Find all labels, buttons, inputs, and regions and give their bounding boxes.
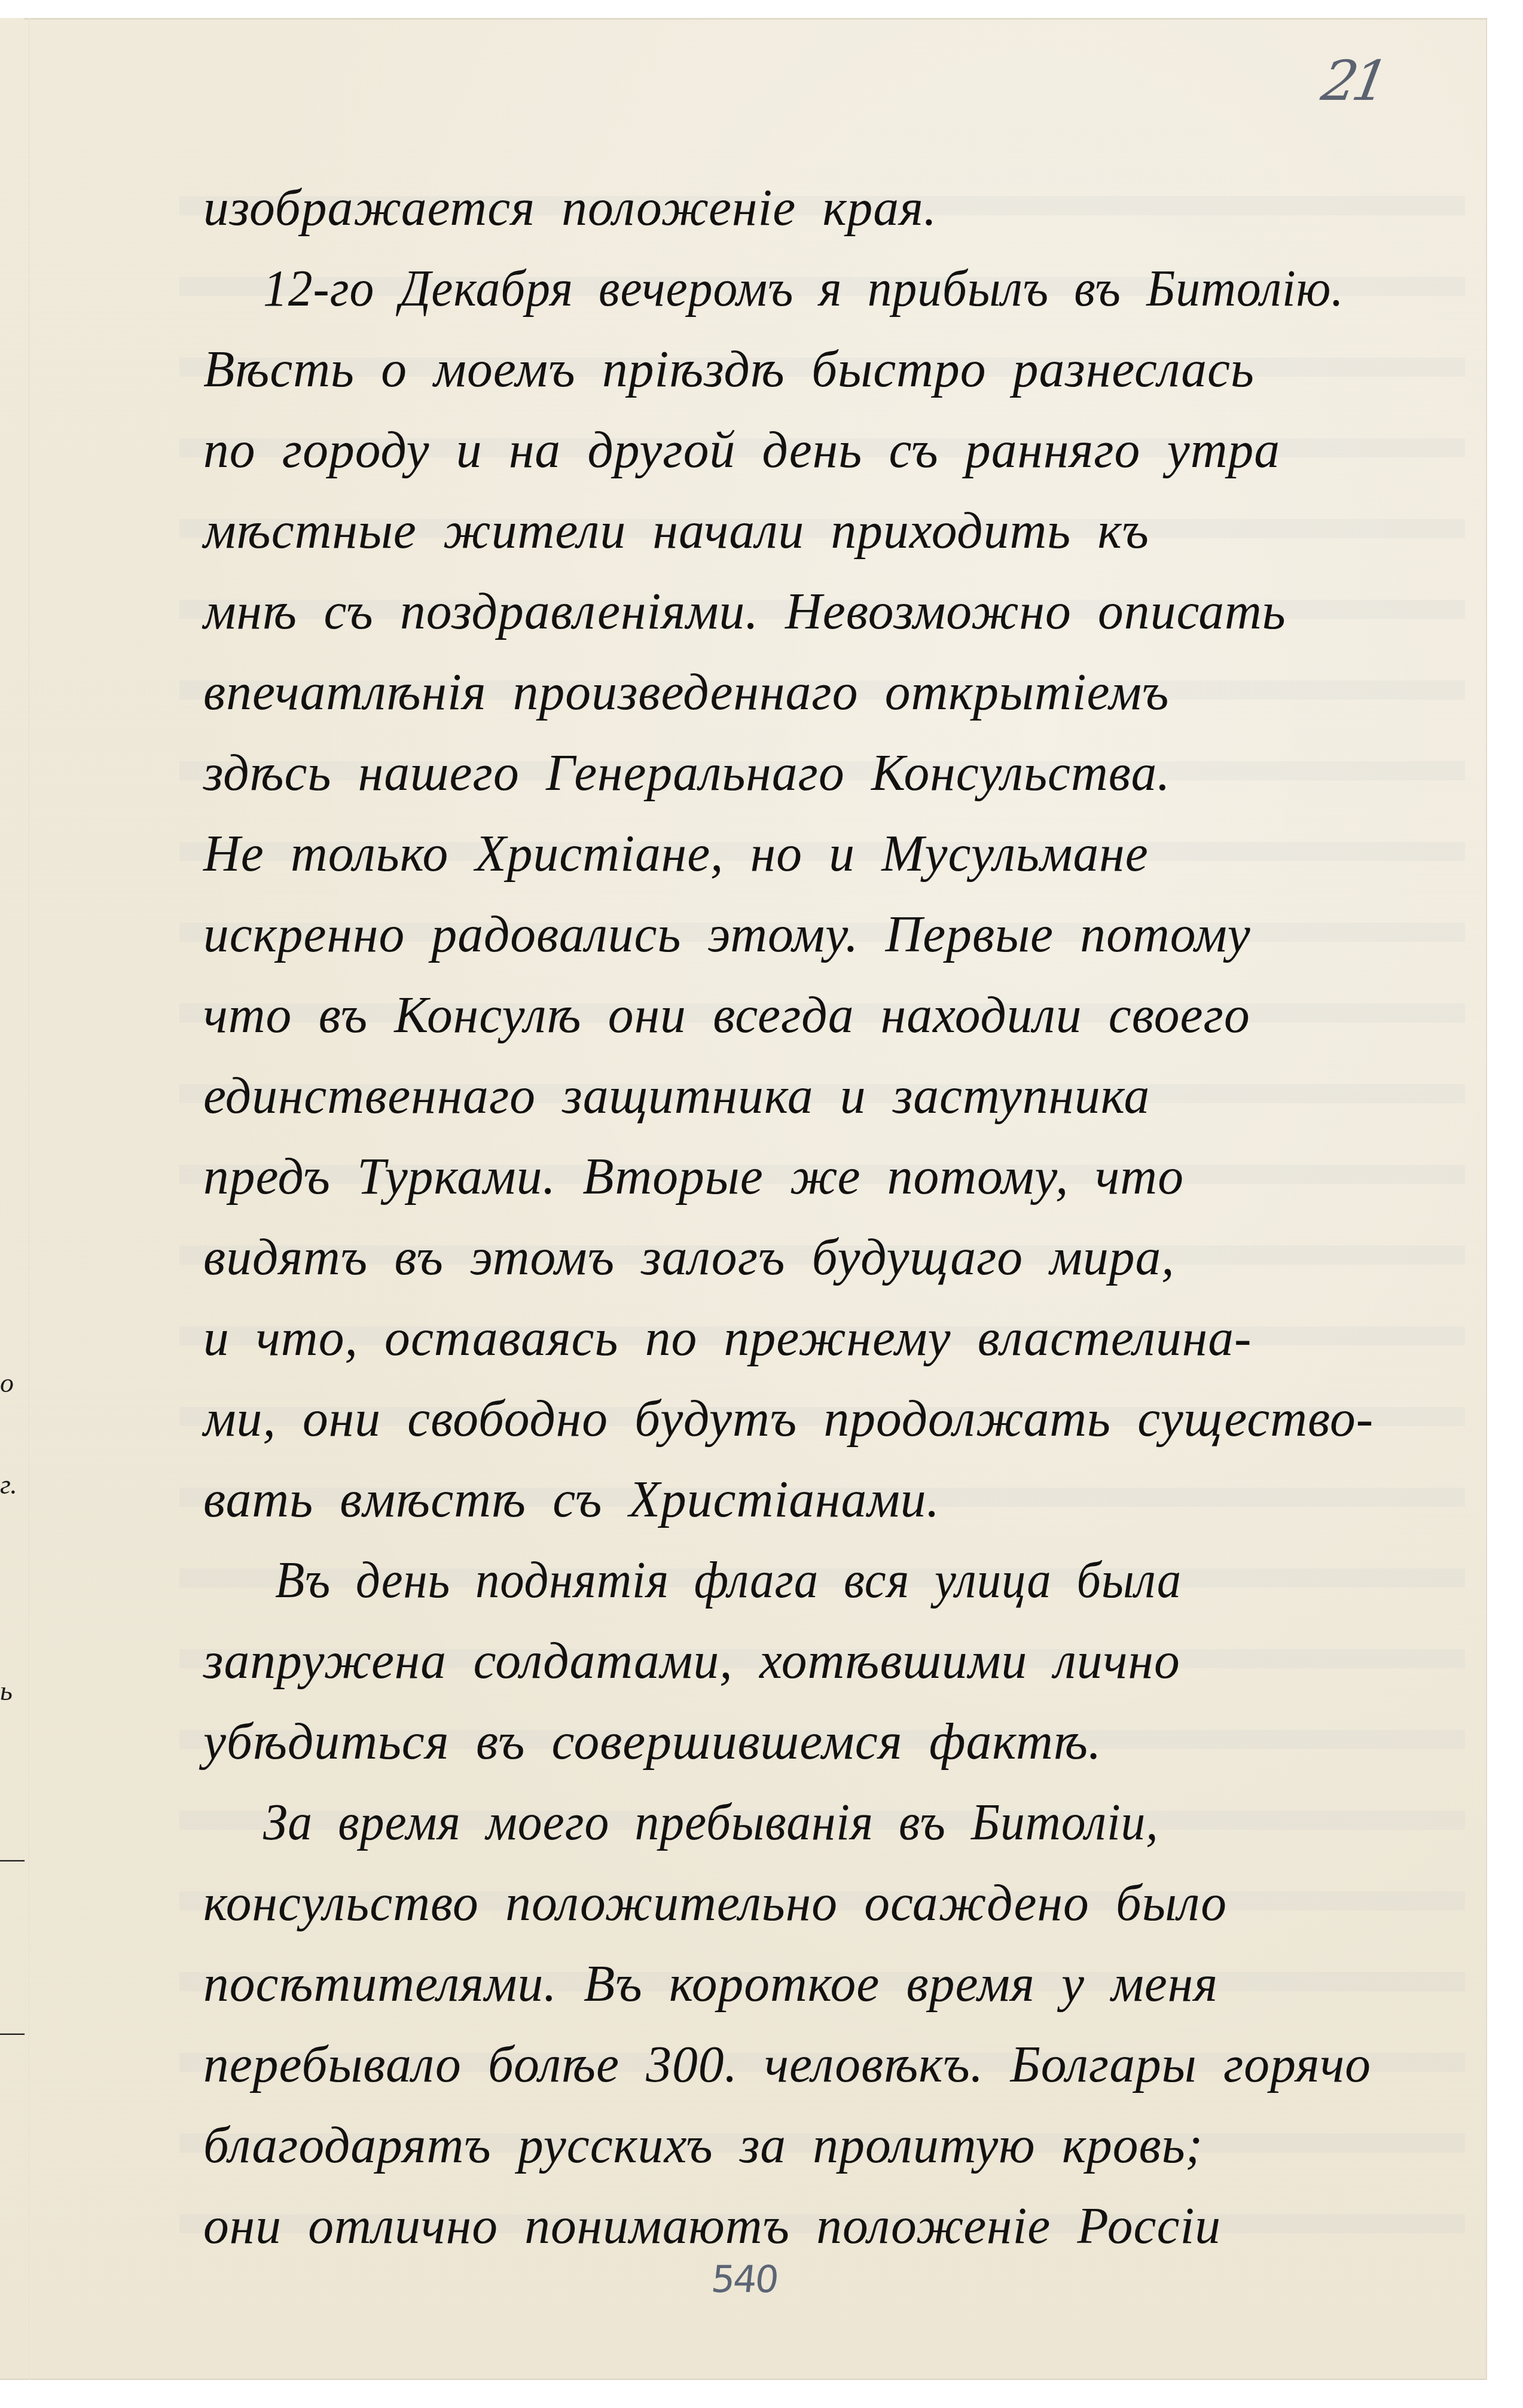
text-line-3: Вѣсть о моемъ пріѣздѣ быстро разнеслась (203, 336, 1476, 402)
text-line-19: запружена солдатами, хотѣвшими лично (203, 1628, 1476, 1693)
text-line-17: вать вмѣстѣ съ Христіанами. (203, 1466, 1476, 1532)
text-line-18: Въ день поднятія флага вся улица была (275, 1547, 1476, 1613)
text-line-24: перебывало болѣе 300. человѣкъ. Болгары … (203, 2031, 1476, 2097)
letter-body: изображается положеніе края. 12-го Декаб… (0, 0, 1523, 2408)
text-line-23: посѣтителями. Въ короткое время у меня (203, 1951, 1476, 2016)
archive-page-number: 540 (709, 2257, 779, 2301)
margin-fragment: — (0, 1845, 25, 1872)
text-line-6: мнѣ съ поздравленіями. Невозможно описат… (203, 578, 1476, 644)
text-line-2: 12-го Декабря вечеромъ я прибылъ въ Бито… (263, 255, 1478, 321)
text-line-11: что въ Консулѣ они всегда находили своег… (203, 982, 1476, 1048)
margin-fragment: г. (0, 1471, 17, 1498)
text-line-9: Не только Христіане, но и Мусульмане (203, 820, 1476, 886)
text-line-15: и что, оставаясь по прежнему властелина- (203, 1305, 1476, 1371)
text-line-14: видятъ въ этомъ залогъ будущаго мира, (203, 1224, 1476, 1290)
margin-fragment: — (0, 2018, 25, 2046)
text-line-1: изображается положеніе края. (203, 175, 1476, 240)
text-line-20: убѣдиться въ совершившемся фактѣ. (203, 1708, 1476, 1774)
text-line-5: мѣстные жители начали приходить къ (203, 498, 1476, 563)
text-line-10: искренно радовались этому. Первые потому (203, 901, 1476, 967)
text-line-26: они отлично понимаютъ положеніе Россіи (203, 2193, 1476, 2259)
margin-fragment: ь (0, 1677, 13, 1705)
text-line-21: За время моего пребыванія въ Битоліи, (263, 1789, 1478, 1855)
text-line-13: предъ Турками. Вторые же потому, что (203, 1143, 1476, 1209)
text-line-16: ми, они свободно будутъ продолжать сущес… (203, 1385, 1476, 1451)
text-line-7: впечатлѣнія произведеннаго открытіемъ (203, 659, 1476, 725)
text-line-22: консульство положительно осаждено было (203, 1870, 1476, 1936)
text-line-4: по городу и на другой день съ ранняго ут… (203, 417, 1476, 483)
text-line-25: благодарятъ русскихъ за пролитую кровь; (203, 2112, 1476, 2178)
text-line-12: единственнаго защитника и заступника (203, 1063, 1476, 1128)
text-line-8: здѣсь нашего Генеральнаго Консульства. (203, 740, 1476, 805)
margin-fragment: о (0, 1369, 14, 1397)
